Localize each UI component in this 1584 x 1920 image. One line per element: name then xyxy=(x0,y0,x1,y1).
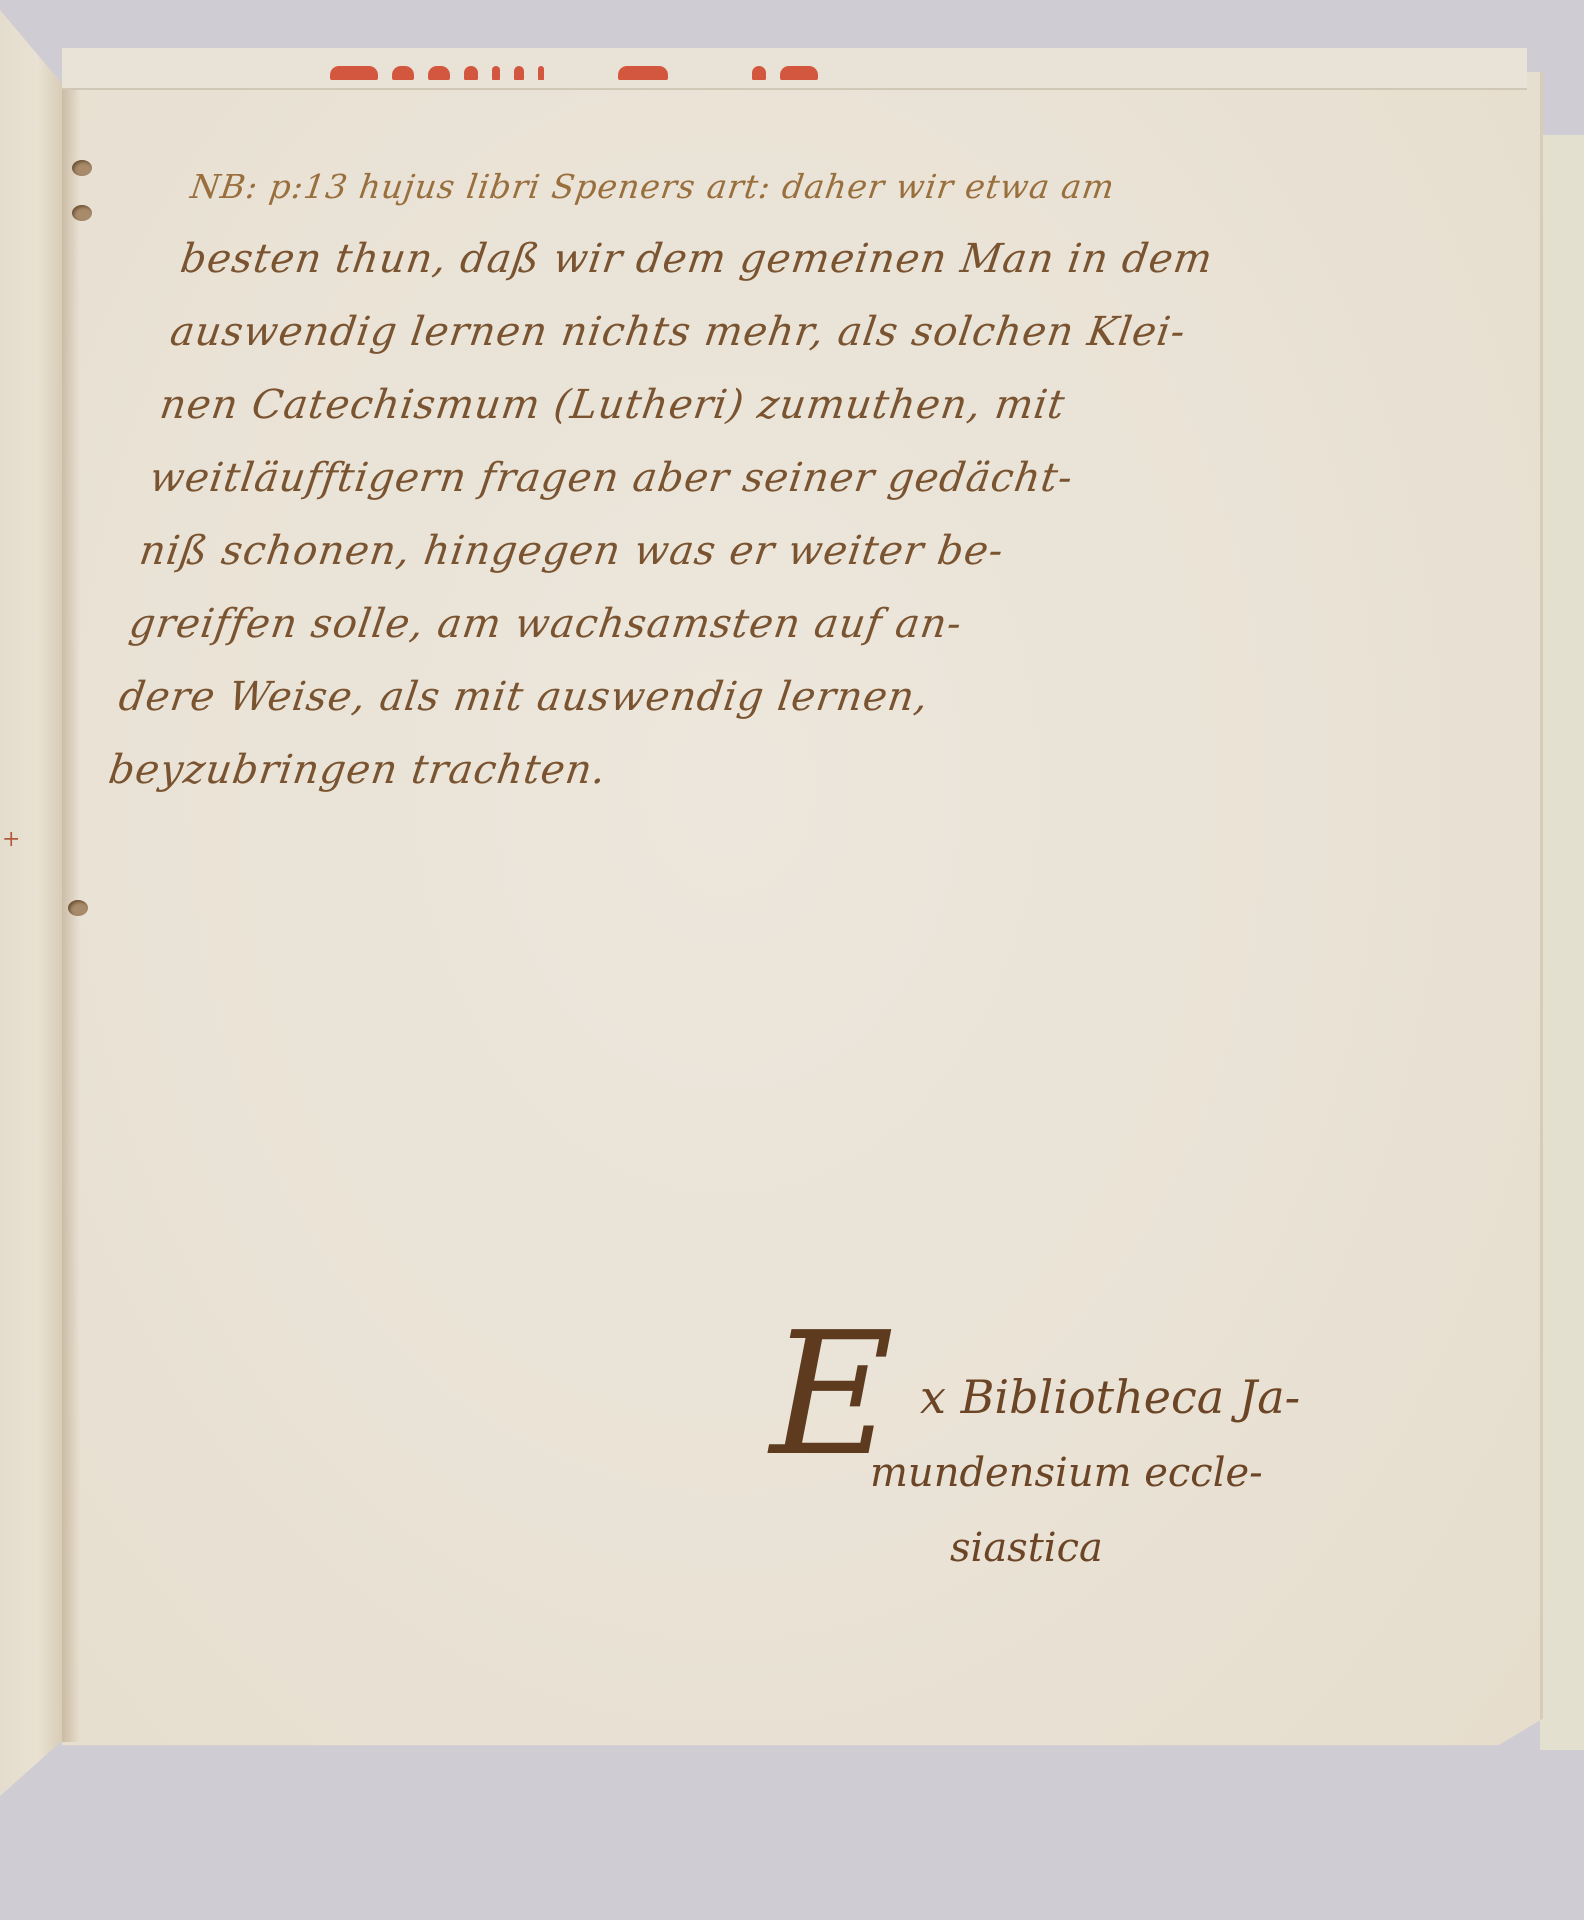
manuscript-line: nen Catechismum (Lutheri) zumuthen, mit xyxy=(155,369,1515,442)
red-glyph xyxy=(330,66,378,80)
manuscript-line: dere Weise, als mit auswendig lernen, xyxy=(114,661,1474,734)
red-glyph xyxy=(514,66,524,80)
manuscript-line: besten thun, daß wir dem gemeinen Man in… xyxy=(176,223,1536,296)
red-glyph xyxy=(464,66,478,80)
ex-libris-line: x Bibliotheca Ja- xyxy=(920,1370,1300,1424)
ex-libris-line: siastica xyxy=(950,1525,1103,1571)
manuscript-line: weitläufftigern fragen aber seiner gedäc… xyxy=(145,442,1505,515)
manuscript-line: beyzubringen trachten. xyxy=(104,734,1464,807)
ex-libris-line: mundensium eccle- xyxy=(870,1450,1263,1496)
binding-hole xyxy=(72,205,92,221)
red-glyph xyxy=(780,66,818,80)
red-glyph xyxy=(618,66,668,80)
red-glyph xyxy=(752,66,766,80)
manuscript-line: niß schonen, hingegen was er weiter be- xyxy=(135,515,1495,588)
red-glyph xyxy=(392,66,414,80)
left-margin-mark: + xyxy=(2,825,12,855)
handwritten-note: NB: p:13 hujus libri Speners art: daher … xyxy=(104,150,1546,807)
backdrop-right-sheet xyxy=(1540,135,1584,1750)
manuscript-line: auswendig lernen nichts mehr, als solche… xyxy=(165,296,1525,369)
manuscript-line: NB: p:13 hujus libri Speners art: daher … xyxy=(186,150,1546,223)
manuscript-line: greiffen solle, am wachsamsten auf an- xyxy=(124,588,1484,661)
red-heading-fragment xyxy=(330,58,1110,80)
red-glyph xyxy=(428,66,450,80)
binding-hole xyxy=(68,900,88,916)
left-page-edge: + xyxy=(0,10,64,1910)
red-glyph xyxy=(538,66,544,80)
binding-hole xyxy=(72,160,92,176)
red-glyph xyxy=(492,66,500,80)
